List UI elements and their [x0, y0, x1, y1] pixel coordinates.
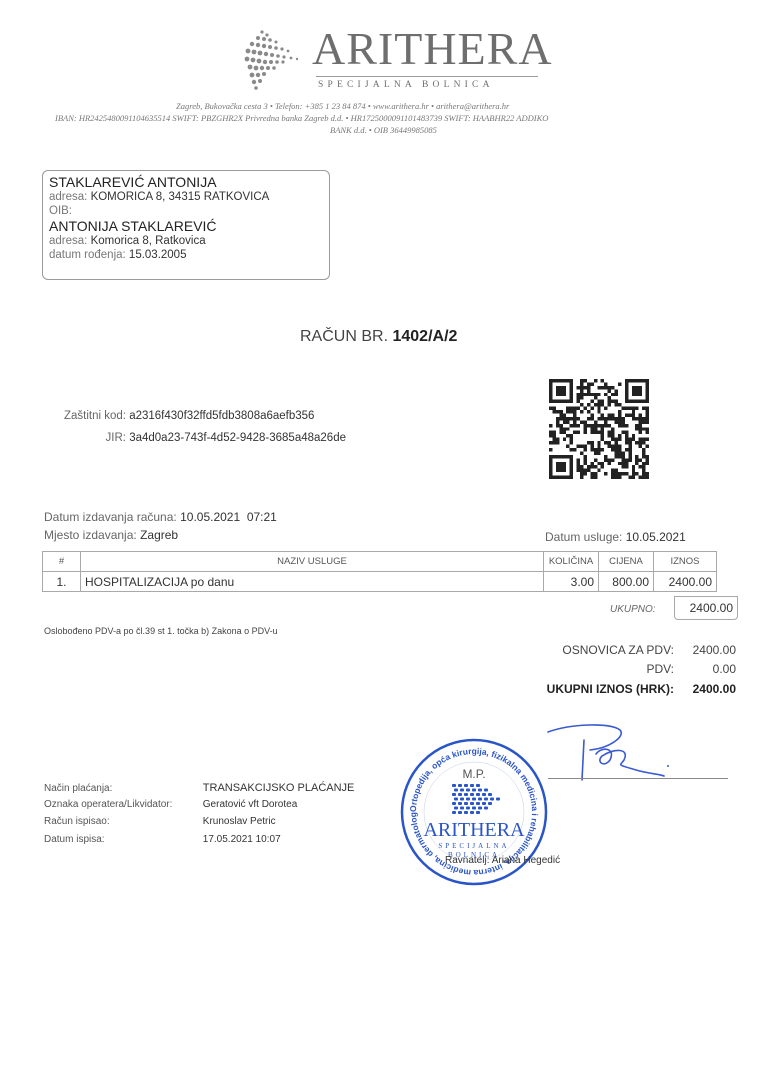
patient-address-2: adresa: Komorica 8, Ratkovica	[49, 234, 329, 248]
payment-method-label: Način plaćanja:	[44, 783, 200, 794]
table-row: 1. HOSPITALIZACIJA po danu 3.00 800.00 2…	[43, 572, 717, 592]
dotted-map-icon	[242, 28, 302, 90]
dob-label: datum rođenja:	[49, 249, 126, 261]
invoice-title: RAČUN BR. 1402/A/2	[300, 328, 457, 346]
director-name: Ariana Hegedić	[492, 855, 560, 866]
issue-place-row: Mjesto izdavanja: Zagreb	[44, 528, 178, 542]
patient-oib: OIB:	[49, 204, 329, 218]
qr-code-icon	[549, 379, 649, 479]
issue-date-row: Datum izdavanja računa: 10.05.2021 07:21	[44, 510, 277, 524]
brand-name: ARITHERA	[312, 24, 553, 74]
svg-text:ARITHERA: ARITHERA	[423, 819, 525, 841]
col-number: #	[43, 552, 81, 572]
col-quantity: KOLIČINA	[544, 552, 599, 572]
row-service-name: HOSPITALIZACIJA po danu	[81, 572, 544, 592]
patient-name: STAKLAREVIĆ ANTONIJA	[49, 174, 329, 190]
brand-divider	[316, 76, 538, 77]
director-label: Ravnatelj:	[445, 855, 489, 866]
subtotal-value: 2400.00	[674, 596, 738, 620]
vat-label: PDV:	[646, 662, 674, 676]
patient-dob: datum rođenja: 15.03.2005	[49, 248, 329, 262]
patient-box: STAKLAREVIĆ ANTONIJA adresa: KOMORICA 8,…	[42, 170, 330, 280]
subtotal-label: UKUPNO:	[610, 604, 656, 615]
jir-value: 3a4d0a23-743f-4d52-9428-3685a48a26de	[129, 432, 346, 444]
director-signature-label: Ravnatelj: Ariana Hegedić	[445, 855, 560, 866]
row-number: 1.	[43, 572, 81, 592]
jir-label: JIR:	[46, 432, 126, 444]
oib-label: OIB:	[49, 205, 72, 217]
row-amount: 2400.00	[654, 572, 717, 592]
patient-address: adresa: KOMORICA 8, 34315 RATKOVICA	[49, 190, 329, 204]
table-header-row: # NAZIV USLUGE KOLIČINA CIJENA IZNOS	[43, 552, 717, 572]
vat-row: PDV: 0.00	[470, 662, 736, 676]
address2-value: Komorica 8, Ratkovica	[91, 235, 206, 247]
vat-exemption-note: Oslobođeno PDV-a po čl.39 st 1. točka b)…	[44, 626, 278, 636]
contact-line: Zagreb, Bukovačka cesta 3 • Telefon: +38…	[176, 101, 509, 111]
items-table: # NAZIV USLUGE KOLIČINA CIJENA IZNOS 1. …	[42, 551, 717, 592]
signature-line	[548, 778, 728, 779]
issue-date-label: Datum izdavanja računa:	[44, 510, 177, 524]
service-date-row: Datum usluge: 10.05.2021	[545, 530, 686, 544]
brand-subtitle: SPECIJALNA BOLNICA	[318, 80, 494, 90]
bank-line-2: BANK d.d. • OIB 36449985085	[330, 125, 437, 135]
grand-total-label: UKUPNI IZNOS (HRK):	[547, 682, 674, 696]
vat-base-row: OSNOVICA ZA PDV: 2400.00	[470, 643, 736, 657]
operator-row: Oznaka operatera/Likvidator: Geratović v…	[44, 799, 297, 810]
payment-method-row: Način plaćanja: TRANSAKCIJSKO PLAĆANJE	[44, 782, 354, 794]
operator-label: Oznaka operatera/Likvidator:	[44, 799, 200, 810]
print-date-row: Datum ispisa: 17.05.2021 10:07	[44, 834, 281, 845]
vat-base-value: 2400.00	[674, 643, 736, 657]
printed-by-label: Račun ispisao:	[44, 816, 200, 827]
address-value: KOMORICA 8, 34315 RATKOVICA	[91, 191, 270, 203]
print-date-label: Datum ispisa:	[44, 834, 200, 845]
dob-value: 15.03.2005	[129, 249, 187, 261]
jir-row: JIR: 3a4d0a23-743f-4d52-9428-3685a48a26d…	[46, 432, 346, 444]
service-date-label: Datum usluge:	[545, 530, 622, 544]
svg-text:SPECIJALNA: SPECIJALNA	[438, 842, 509, 850]
address-label: adresa:	[49, 191, 87, 203]
print-date-value: 17.05.2021 10:07	[203, 834, 281, 845]
invoice-number: 1402/A/2	[392, 328, 457, 345]
protection-code-value: a2316f430f32ffd5fdb3808a6aefb356	[129, 410, 314, 422]
col-amount: IZNOS	[654, 552, 717, 572]
row-quantity: 3.00	[544, 572, 599, 592]
vat-value: 0.00	[674, 662, 736, 676]
payment-method-value: TRANSAKCIJSKO PLAĆANJE	[203, 782, 355, 794]
svg-text:M.P.: M.P.	[462, 767, 485, 781]
grand-total-row: UKUPNI IZNOS (HRK): 2400.00	[470, 682, 736, 696]
invoice-title-prefix: RAČUN BR.	[300, 328, 388, 345]
issue-place-label: Mjesto izdavanja:	[44, 528, 137, 542]
col-service-name: NAZIV USLUGE	[81, 552, 544, 572]
printed-by-value: Krunoslav Petric	[203, 816, 276, 827]
issue-date-value: 10.05.2021 07:21	[180, 510, 277, 524]
address2-label: adresa:	[49, 235, 87, 247]
vat-base-label: OSNOVICA ZA PDV:	[562, 643, 674, 657]
grand-total-value: 2400.00	[674, 682, 736, 696]
operator-value: Geratović vft Dorotea	[203, 799, 297, 810]
issue-place-value: Zagreb	[140, 528, 178, 542]
patient-name-2: ANTONIJA STAKLAREVIĆ	[49, 218, 329, 234]
bank-line: IBAN: HR2425480091104635514 SWIFT: PBZGH…	[55, 113, 548, 123]
protection-code-row: Zaštitni kod: a2316f430f32ffd5fdb3808a6a…	[46, 410, 314, 422]
col-price: CIJENA	[599, 552, 654, 572]
printed-by-row: Račun ispisao: Krunoslav Petric	[44, 816, 276, 827]
row-price: 800.00	[599, 572, 654, 592]
service-date-value: 10.05.2021	[626, 530, 686, 544]
protection-code-label: Zaštitni kod:	[46, 410, 126, 422]
